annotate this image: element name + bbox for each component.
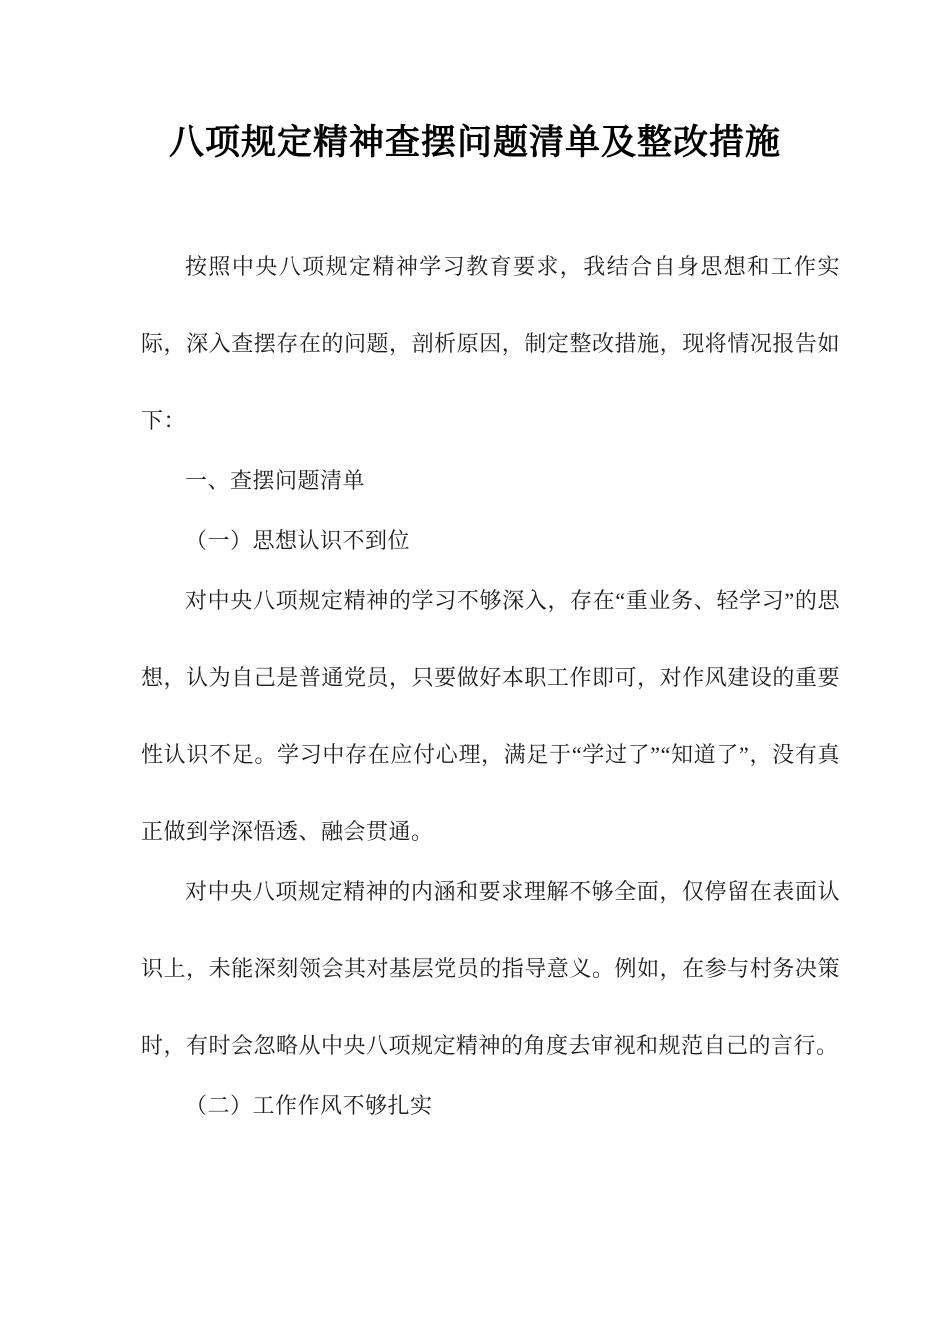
paragraph-problem-2: 对中央八项规定精神的内涵和要求理解不够全面，仅停留在表面认识上，未能深刻领会其对… bbox=[141, 853, 840, 1084]
document-body: 按照中央八项规定精神学习教育要求，我结合自身思想和工作实际，深入查摆存在的问题，… bbox=[141, 228, 840, 1144]
document-page: 八项规定精神查摆问题清单及整改措施 按照中央八项规定精神学习教育要求，我结合自身… bbox=[0, 0, 950, 1344]
paragraph-problem-1: 对中央八项规定精神的学习不够深入，存在“重业务、轻学习”的思想，认为自己是普通党… bbox=[141, 562, 840, 870]
paragraph-intro: 按照中央八项规定精神学习教育要求，我结合自身思想和工作实际，深入查摆存在的问题，… bbox=[141, 228, 840, 459]
document-title: 八项规定精神查摆问题清单及整改措施 bbox=[0, 0, 950, 168]
